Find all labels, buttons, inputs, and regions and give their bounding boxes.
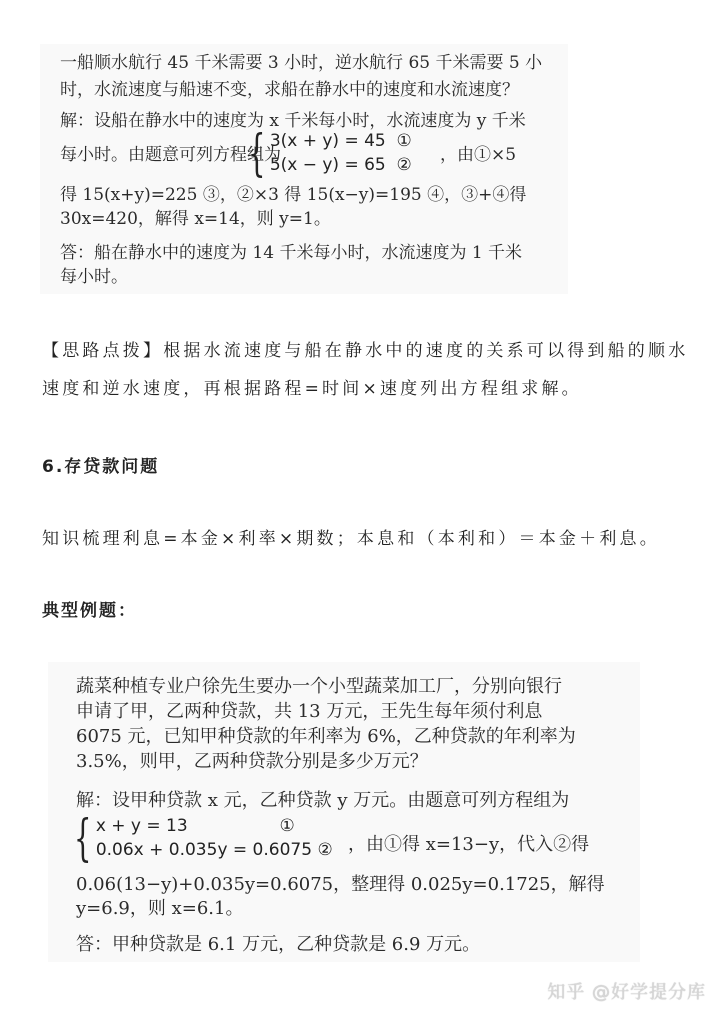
example2-answer: 答：甲种贷款是 6.1 万元，乙种贷款是 6.9 万元。 — [76, 934, 480, 956]
example1-solution-after-eq: ，由①×5 — [440, 144, 516, 166]
example2-solution-intro: 解：设甲种贷款 x 元，乙种贷款 y 万元。由题意可列方程组为 — [76, 790, 569, 812]
example1-image: 一船顺水航行 45 千米需要 3 小时，逆水航行 65 千米需要 5 小 时，水… — [40, 44, 568, 294]
hint-line-1: 【思路点拨】根据水流速度与船在静水中的速度的关系可以得到船的顺水 — [42, 336, 688, 361]
equation-2: 5(x − y) = 65 ② — [270, 153, 412, 177]
example2-solution-line-2: y=6.9，则 x=6.1。 — [76, 898, 243, 920]
example2-problem-line-4: 3.5%，则甲，乙两种贷款分别是多少万元？ — [76, 751, 428, 773]
zhihu-watermark: 知乎 @好学提分库 — [547, 978, 706, 1004]
example2-problem-line-1: 蔬菜种植专业户徐先生要办一个小型蔬菜加工厂，分别向银行 — [76, 676, 562, 698]
equation-2: 0.06x + 0.035y = 0.6075 ② — [96, 838, 333, 862]
example1-answer-line-1: 答：船在静水中的速度为 14 千米每小时，水流速度为 1 千米 — [60, 242, 522, 264]
example2-problem-line-3: 6075 元，已知甲种贷款的年利率为 6%，乙种贷款的年利率为 — [76, 726, 576, 748]
example1-solution-line-1: 得 15(x+y)=225 ③，②×3 得 15(x−y)=195 ④，③+④得 — [60, 184, 526, 206]
examples-heading: 典型例题： — [42, 596, 137, 621]
hint-line-2: 速度和逆水速度，再根据路程=时间×速度列出方程组求解。 — [42, 374, 582, 399]
example1-answer-line-2: 每小时。 — [60, 266, 128, 288]
example2-equation-system: { x + y = 13 ① 0.06x + 0.035y = 0.6075 ② — [74, 813, 333, 863]
left-brace-icon: { — [74, 813, 91, 863]
example1-equation-system: { 3(x + y) = 45 ① 5(x − y) = 65 ② — [248, 128, 412, 178]
example2-image: 蔬菜种植专业户徐先生要办一个小型蔬菜加工厂，分别向银行 申请了甲，乙两种贷款，共… — [48, 662, 640, 962]
example1-problem-line-1: 一船顺水航行 45 千米需要 3 小时，逆水航行 65 千米需要 5 小 — [60, 52, 542, 74]
example2-problem-line-2: 申请了甲，乙两种贷款，共 13 万元，王先生每年须付利息 — [76, 701, 542, 723]
example2-solution-line-1: 0.06(13−y)+0.035y=0.6075，整理得 0.025y=0.17… — [76, 874, 605, 896]
example1-problem-line-2: 时，水流速度与船速不变，求船在静水中的速度和水流速度？ — [60, 79, 519, 101]
example1-solution-line-2: 30x=420，解得 x=14，则 y=1。 — [60, 208, 331, 230]
left-brace-icon: { — [248, 128, 265, 178]
example2-solution-after-eq: ，由①得 x=13−y，代入②得 — [348, 834, 589, 856]
section-title: 6.存贷款问题 — [42, 452, 159, 477]
knowledge-summary: 知识梳理利息=本金×利率×期数；本息和（本利和）＝本金＋利息。 — [42, 524, 660, 549]
equation-1: x + y = 13 ① — [96, 814, 333, 838]
equation-1: 3(x + y) = 45 ① — [270, 129, 412, 153]
